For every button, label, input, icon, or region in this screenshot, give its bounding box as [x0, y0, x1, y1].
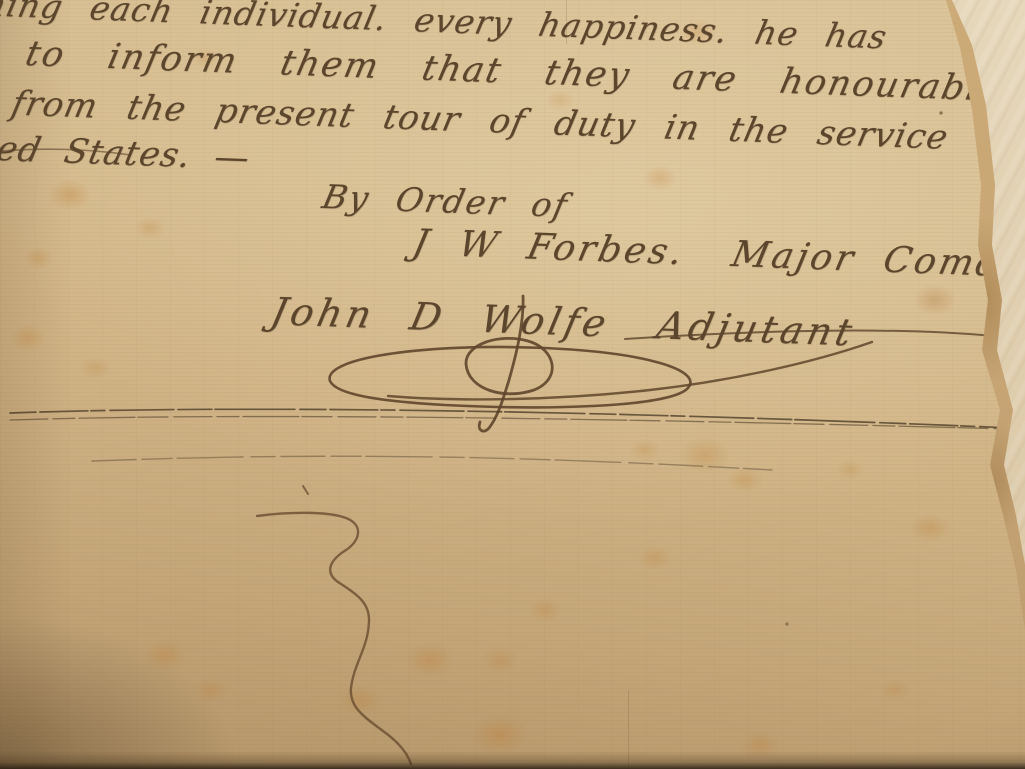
manuscript-photo: hing each individual. every happiness. h… [0, 0, 1025, 769]
lighting-vignette [0, 0, 1025, 769]
manuscript-page: hing each individual. every happiness. h… [0, 0, 1025, 769]
bottom-edge-shadow [0, 751, 1025, 769]
